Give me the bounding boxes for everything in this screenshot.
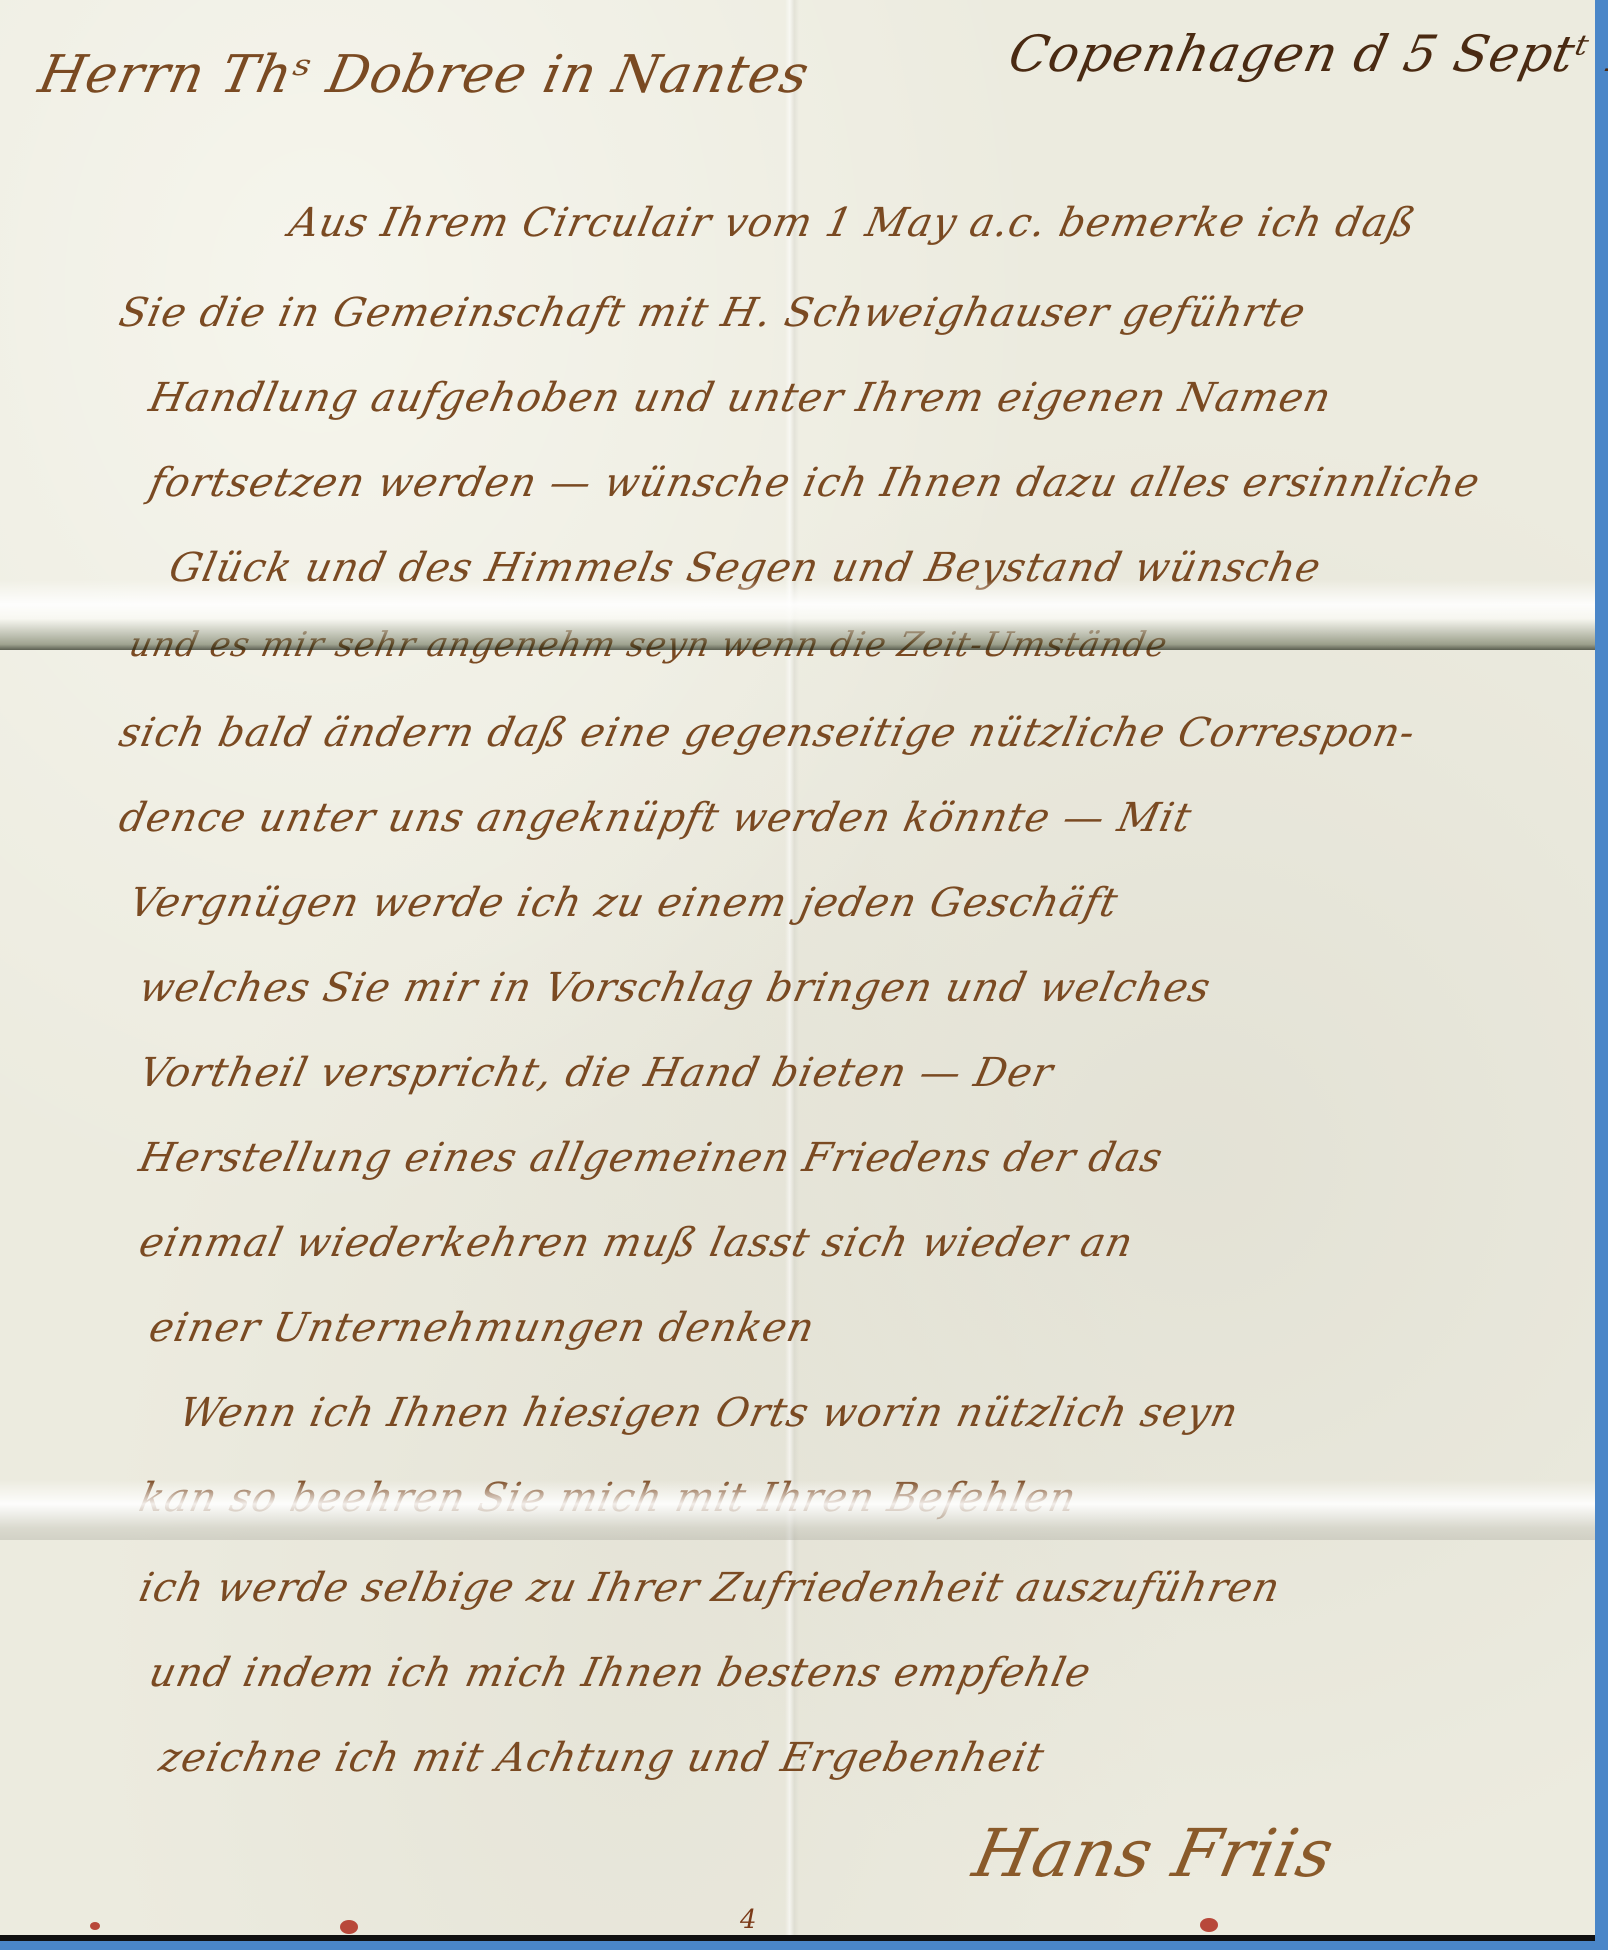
body-line-7: sich bald ändern daß eine gegenseitige n… — [115, 710, 1420, 756]
body-line-9: Vergnügen werde ich zu einem jeden Gesch… — [125, 880, 1122, 926]
body-line-2: Sie die in Gemeinschaft mit H. Schweigha… — [115, 290, 1310, 336]
body-line-12: Herstellung eines allgemeinen Friedens d… — [135, 1135, 1167, 1181]
wax-seal-stain — [340, 1920, 358, 1934]
place-date-line: Copenhagen d 5 Septᵗ 1812 — [1004, 25, 1608, 83]
horizontal-fold-crease-lower — [0, 1480, 1595, 1540]
addressee-line: Herrn Thˢ Dobree in Nantes — [34, 45, 815, 105]
body-line-3: Handlung aufgehoben und unter Ihrem eige… — [145, 375, 1336, 421]
letter-sheet: Herrn Thˢ Dobree in Nantes Copenhagen d … — [0, 0, 1595, 1941]
horizontal-fold-crease-upper — [0, 580, 1595, 650]
body-line-15: Wenn ich Ihnen hiesigen Orts worin nützl… — [175, 1390, 1243, 1436]
body-line-4: fortsetzen werden — wünsche ich Ihnen da… — [145, 460, 1484, 506]
body-line-17: ich werde selbige zu Ihrer Zufriedenheit… — [135, 1565, 1284, 1611]
wax-seal-stain — [1200, 1918, 1218, 1932]
signature: Hans Friis — [967, 1815, 1341, 1892]
body-line-1: Aus Ihrem Circulair vom 1 May a.c. bemer… — [285, 200, 1420, 246]
body-line-19: zeichne ich mit Achtung und Ergebenheit — [155, 1735, 1049, 1781]
body-line-13: einmal wiederkehren muß lasst sich wiede… — [135, 1220, 1138, 1266]
body-line-11: Vortheil verspricht, die Hand bieten — D… — [135, 1050, 1058, 1096]
body-line-10: welches Sie mir in Vorschlag bringen und… — [135, 965, 1215, 1011]
wax-seal-stain — [90, 1922, 100, 1930]
body-line-14: einer Unternehmungen denken — [145, 1305, 819, 1351]
page-mark: 4 — [740, 1905, 757, 1935]
body-line-8: dence unter uns angeknüpft werden könnte… — [115, 795, 1196, 841]
body-line-18: und indem ich mich Ihnen bestens empfehl… — [145, 1650, 1095, 1696]
